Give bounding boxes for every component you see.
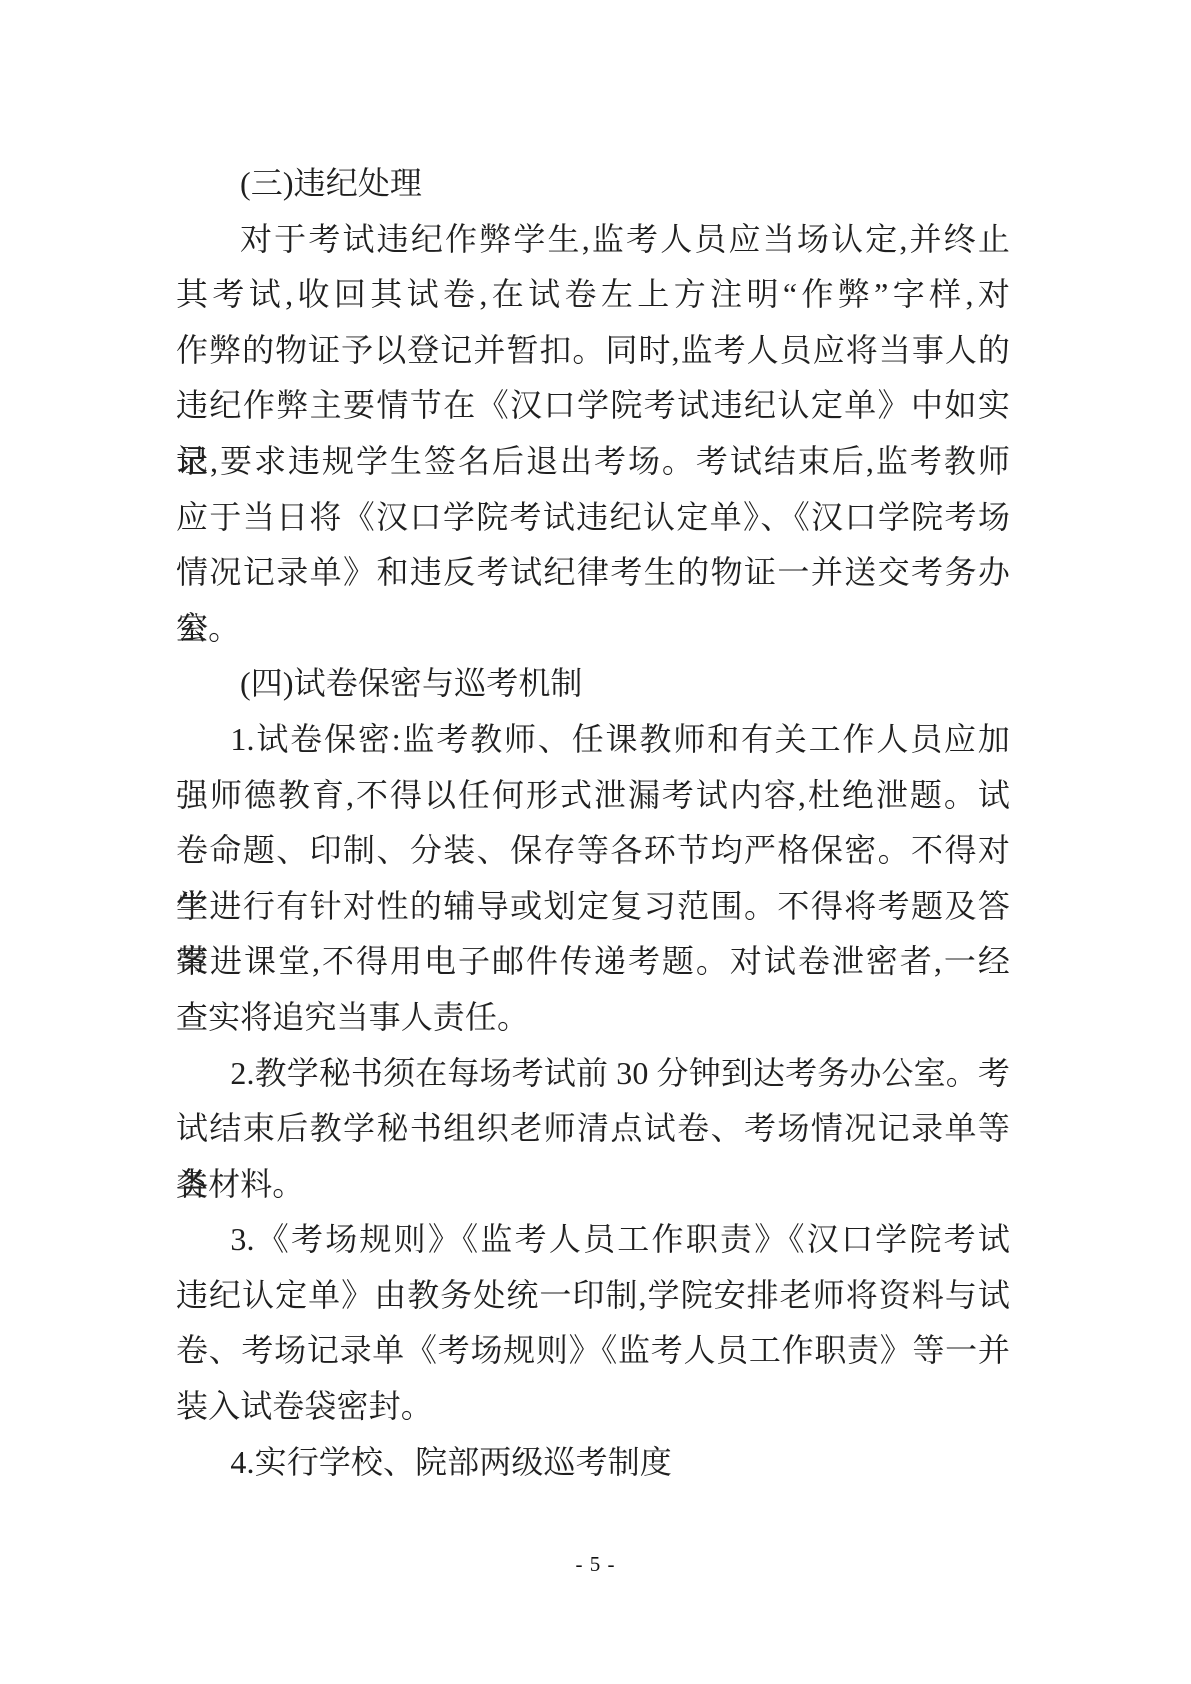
section-heading: (四)试卷保密与巡考机制 xyxy=(176,656,1010,712)
text-line: 违纪作弊主要情节在《汉口学院考试违纪认定单》中如实记 xyxy=(176,378,1010,434)
section-heading: (三)违纪处理 xyxy=(176,156,1010,212)
text-line: 查实将追究当事人责任。 xyxy=(176,990,1010,1046)
text-line: 试结束后教学秘书组织老师清点试卷、考场情况记录单等各 xyxy=(176,1101,1010,1157)
text-line: 录,要求违规学生签名后退出考场。考试结束后,监考教师 xyxy=(176,434,1010,490)
text-line: 强师德教育,不得以任何形式泄漏考试内容,杜绝泄题。试 xyxy=(176,768,1010,824)
text-line: 装入试卷袋密封。 xyxy=(176,1379,1010,1435)
text-line: 对于考试违纪作弊学生,监考人员应当场认定,并终止 xyxy=(176,212,1010,268)
text-line: 卷命题、印制、分装、保存等各环节均严格保密。不得对学 xyxy=(176,823,1010,879)
text-line: 4.实行学校、院部两级巡考制度 xyxy=(176,1435,1010,1491)
text-line: 室。 xyxy=(176,601,1010,657)
text-line: 生进行有针对性的辅导或划定复习范围。不得将考题及答案 xyxy=(176,879,1010,935)
page-number: - 5 - xyxy=(0,1552,1191,1577)
text-line: 类材料。 xyxy=(176,1157,1010,1213)
text-line: 违纪认定单》由教务处统一印制,学院安排老师将资料与试 xyxy=(176,1268,1010,1324)
text-line: 应于当日将《汉口学院考试违纪认定单》、《汉口学院考场 xyxy=(176,490,1010,546)
text-line: 作弊的物证予以登记并暂扣。同时,监考人员应将当事人的 xyxy=(176,323,1010,379)
text-line: 3.《考场规则》《监考人员工作职责》《汉口学院考试 xyxy=(176,1212,1010,1268)
document-page: (三)违纪处理 对于考试违纪作弊学生,监考人员应当场认定,并终止 其考试,收回其… xyxy=(0,0,1191,1684)
text-line: 1.试卷保密:监考教师、任课教师和有关工作人员应加 xyxy=(176,712,1010,768)
text-line: 其考试,收回其试卷,在试卷左上方注明“作弊”字样,对 xyxy=(176,267,1010,323)
text-line: 2.教学秘书须在每场考试前 30 分钟到达考务办公室。考 xyxy=(176,1046,1010,1102)
document-body: (三)违纪处理 对于考试违纪作弊学生,监考人员应当场认定,并终止 其考试,收回其… xyxy=(176,156,1010,1490)
text-line: 带进课堂,不得用电子邮件传递考题。对试卷泄密者,一经 xyxy=(176,934,1010,990)
text-line: 卷、考场记录单《考场规则》《监考人员工作职责》等一并 xyxy=(176,1323,1010,1379)
text-line: 情况记录单》和违反考试纪律考生的物证一并送交考务办公 xyxy=(176,545,1010,601)
